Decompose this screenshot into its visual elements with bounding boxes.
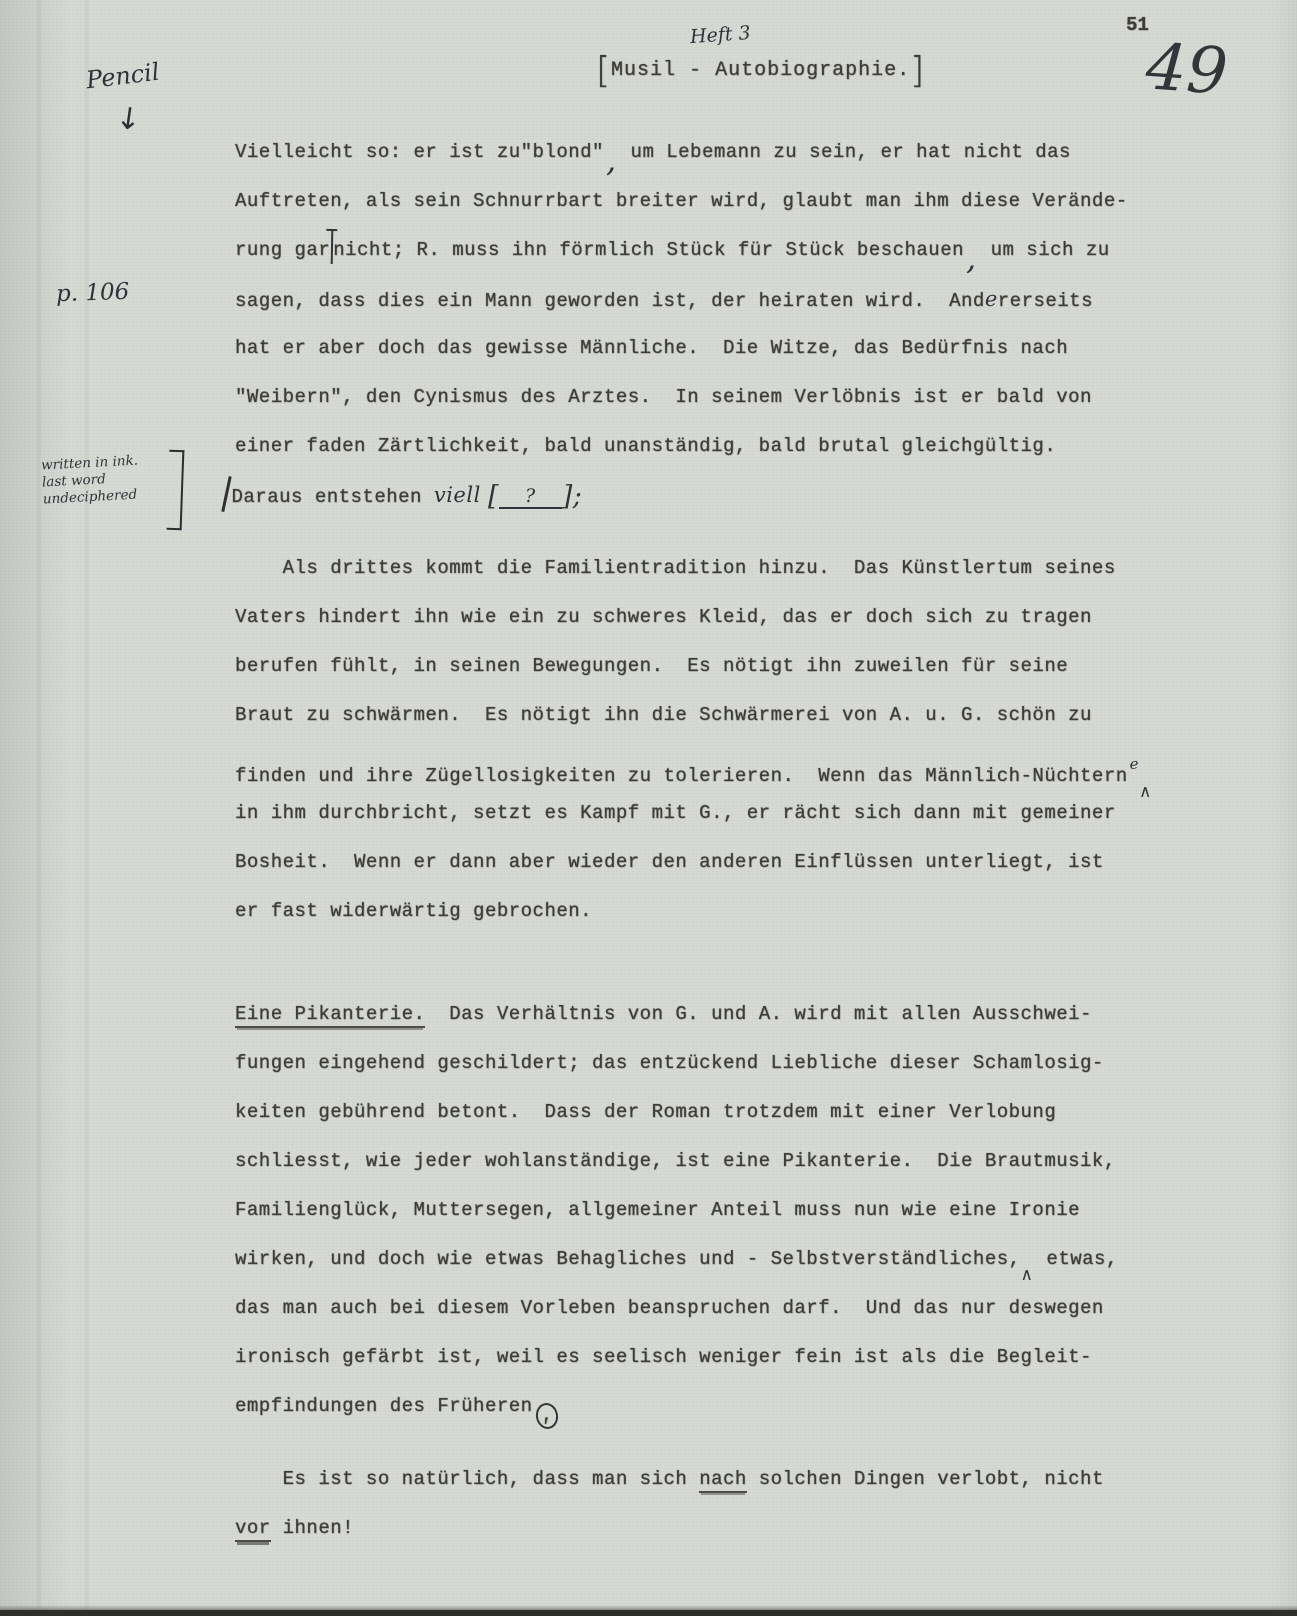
text-line: finden und ihre Zügellosigkeiten zu tole… [235, 740, 1275, 789]
typed-text: "Weibern", den Cynismus des Arztes. In s… [235, 386, 1092, 408]
handwritten-annotation: , [966, 239, 977, 277]
typed-text: um Lebemann zu sein, er hat nicht das [619, 141, 1071, 163]
typed-text: Das Verhältnis von G. und A. wird mit al… [425, 1003, 1092, 1025]
text-line: Vielleicht so: er ist zu"blond", um Lebe… [235, 128, 1275, 177]
typed-text: empfindungen des Früheren [235, 1395, 533, 1417]
typed-text: rerseits [998, 290, 1093, 312]
title-bracket-open: [ [596, 50, 611, 91]
typed-text: solchen Dingen verlobt, nicht [747, 1468, 1104, 1490]
caret-mark [1139, 771, 1153, 781]
typed-text: finden und ihre Zügellosigkeiten zu tole… [235, 765, 1128, 787]
typed-text: Bosheit. Wenn er dann aber wieder den an… [235, 851, 1104, 873]
typed-text: Daraus entstehen [232, 486, 434, 508]
text-line: keiten gebührend betont. Dass der Roman … [235, 1088, 1275, 1137]
caret-mark [1021, 1254, 1035, 1264]
typed-text: , [533, 1401, 559, 1430]
handwritten-annotation: e [985, 287, 998, 311]
text-line: Vaters hindert ihn wie ein zu schweres K… [235, 593, 1275, 642]
handwritten-annotation: ? [499, 485, 562, 509]
typed-text: Es ist so natürlich, dass man sich [235, 1468, 699, 1490]
text-line: Daraus entstehen viell [?]; [235, 471, 1275, 520]
ink-margin-note: written in ink. last word undeciphered [41, 452, 140, 508]
typed-text: ironisch gefärbt ist, weil es seelisch w… [235, 1346, 1092, 1368]
typed-text: Braut zu schwärmen. Es nötigt ihn die Sc… [235, 704, 1092, 726]
typed-text: keiten gebührend betont. Dass der Roman … [235, 1101, 1056, 1123]
handwritten-annotation: e [1130, 755, 1139, 773]
down-arrow-icon: ↓ [114, 100, 144, 138]
text-line: "Weibern", den Cynismus des Arztes. In s… [235, 373, 1275, 422]
page-title: [Musil - Autobiographie.] [596, 50, 925, 91]
text-line: ironisch gefärbt ist, weil es seelisch w… [235, 1333, 1275, 1382]
typed-text: Vaters hindert ihn wie ein zu schweres K… [235, 606, 1092, 628]
typed-text: fungen eingehend geschildert; das entzüc… [235, 1052, 1104, 1074]
paragraph-p2: Als drittes kommt die Familientradition … [235, 544, 1275, 936]
title-bracket-close: ] [910, 50, 925, 91]
typed-text: schliesst, wie jeder wohlanständige, ist… [235, 1150, 1116, 1172]
typed-text: Familienglück, Muttersegen, allgemeiner … [235, 1199, 1080, 1221]
typed-text: nach [699, 1468, 747, 1493]
margin-bracket-mark [167, 450, 185, 530]
typed-text: etwas, [1035, 1248, 1118, 1270]
typed-text: Vielleicht so: er ist zu"blond" [235, 141, 604, 163]
text-line: das man auch bei diesem Vorleben beanspr… [235, 1284, 1275, 1333]
text-line: Es ist so natürlich, dass man sich nach … [235, 1455, 1275, 1504]
text-line: Braut zu schwärmen. Es nötigt ihn die Sc… [235, 691, 1275, 740]
text-line: sagen, dass dies ein Mann geworden ist, … [235, 275, 1275, 324]
typed-text: Als drittes kommt die Familientradition … [235, 557, 1116, 579]
text-line: Auftreten, als sein Schnurrbart breiter … [235, 177, 1275, 226]
typed-text: einer faden Zärtlichkeit, bald unanständ… [235, 435, 1056, 457]
typed-text: rung gar [235, 239, 330, 261]
typed-text: nicht; R. muss ihn förmlich Stück für St… [333, 239, 964, 261]
pencil-margin-note: Pencil [85, 58, 161, 95]
paragraph-p3: Eine Pikanterie. Das Verhältnis von G. u… [235, 990, 1275, 1431]
scan-bottom-edge [0, 1610, 1297, 1616]
title-text: Musil - Autobiographie. [611, 59, 910, 82]
typed-text: ihnen! [271, 1517, 354, 1539]
handwritten-annotation: [ [488, 481, 499, 512]
text-line: in ihm durchbricht, setzt es Kampf mit G… [235, 789, 1275, 838]
text-line: Eine Pikanterie. Das Verhältnis von G. u… [235, 990, 1275, 1039]
para-slash-mark [221, 476, 231, 512]
typewritten-body: Vielleicht so: er ist zu"blond", um Lebe… [235, 128, 1275, 1553]
typed-text: wirken, und doch wie etwas Behagliches u… [235, 1248, 1021, 1270]
paragraph-p1: Vielleicht so: er ist zu"blond", um Lebe… [235, 128, 1275, 520]
handwritten-annotation: viell [434, 483, 488, 507]
typed-text: um sich zu [979, 239, 1110, 261]
text-line: Familienglück, Muttersegen, allgemeiner … [235, 1186, 1275, 1235]
typed-text: in ihm durchbricht, setzt es Kampf mit G… [235, 802, 1116, 824]
typed-text: Eine Pikanterie. [235, 1003, 425, 1028]
text-line: Bosheit. Wenn er dann aber wieder den an… [235, 838, 1275, 887]
heft-annotation: Heft 3 [689, 22, 751, 48]
text-line: empfindungen des Früheren, [235, 1382, 1275, 1431]
handwritten-page-number: 49 [1144, 35, 1230, 105]
text-line: wirken, und doch wie etwas Behagliches u… [235, 1235, 1275, 1284]
page-reference-note: p. 106 [56, 279, 130, 308]
typed-text: er fast widerwärtig gebrochen. [235, 900, 592, 922]
text-line: fungen eingehend geschildert; das entzüc… [235, 1039, 1275, 1088]
text-line: einer faden Zärtlichkeit, bald unanständ… [235, 422, 1275, 471]
document-page: Heft 3 [Musil - Autobiographie.] 51 49 P… [0, 0, 1297, 1616]
typed-text: berufen fühlt, in seinen Bewegungen. Es … [235, 655, 1068, 677]
handwritten-annotation: ]; [562, 481, 583, 512]
text-line: rung garnicht; R. muss ihn förmlich Stüc… [235, 226, 1275, 275]
typed-text: hat er aber doch das gewisse Männliche. … [235, 337, 1068, 359]
text-line: Als drittes kommt die Familientradition … [235, 544, 1275, 593]
text-line: er fast widerwärtig gebrochen. [235, 887, 1275, 936]
typed-text: sagen, dass dies ein Mann geworden ist, … [235, 290, 985, 312]
text-line: hat er aber doch das gewisse Männliche. … [235, 324, 1275, 373]
text-line: vor ihnen! [235, 1504, 1275, 1553]
handwritten-annotation: , [606, 141, 617, 179]
typed-text: vor [235, 1517, 271, 1542]
typed-text: das man auch bei diesem Vorleben beanspr… [235, 1297, 1104, 1319]
typed-text: Auftreten, als sein Schnurrbart breiter … [235, 190, 1128, 212]
typed-page-number: 51 [1126, 14, 1149, 36]
text-line: berufen fühlt, in seinen Bewegungen. Es … [235, 642, 1275, 691]
ink-note-line: undeciphered [43, 486, 141, 508]
paragraph-p4: Es ist so natürlich, dass man sich nach … [235, 1455, 1275, 1553]
text-line: schliesst, wie jeder wohlanständige, ist… [235, 1137, 1275, 1186]
